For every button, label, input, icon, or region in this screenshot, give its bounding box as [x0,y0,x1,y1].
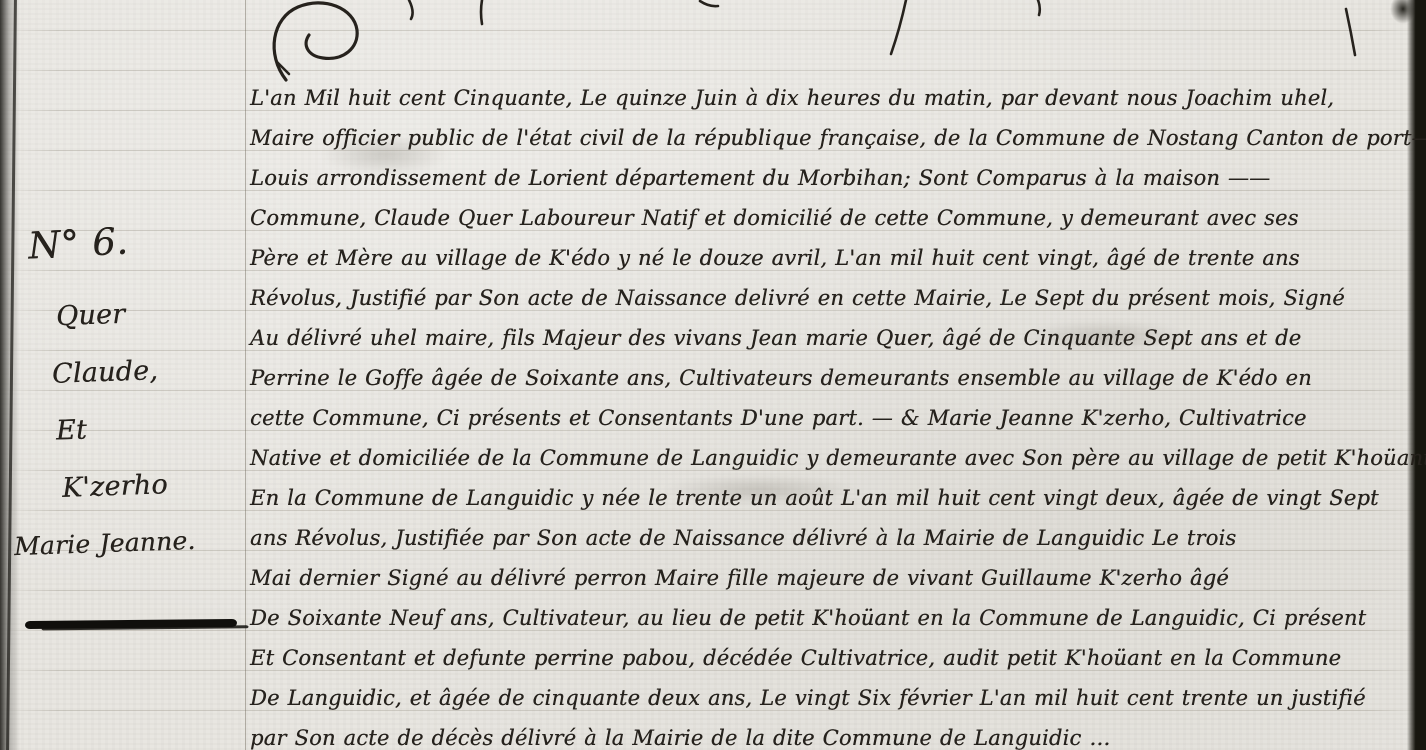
rule-line [0,30,1426,31]
registry-page-scan: N° 6. Quer Claude, Et K'zerho Marie Jean… [0,0,1426,750]
margin-conjunction: Et [55,414,87,446]
text-line: Révolus, Justifié par Son acte de Naissa… [250,278,1345,318]
text-line: De Languidic, et âgée de cinquante deux … [250,678,1366,718]
text-line: Maire officier public de l'état civil de… [250,118,1426,158]
text-line: Mai dernier Signé au délivré perron Mair… [250,558,1229,598]
text-line: L'an Mil huit cent Cinquante, Le quinze … [250,78,1334,118]
text-line: Perrine le Goffe âgée de Soixante ans, C… [250,358,1312,398]
right-page-edge-shadow [1407,0,1426,750]
text-line: Et Consentant et defunte perrine pabou, … [250,638,1341,678]
margin-groom-surname: Quer [55,299,125,332]
text-line: Commune, Claude Quer Laboureur Natif et … [250,198,1299,238]
margin-vertical-rule [245,0,246,750]
text-line: ans Révolus, Justifiée par Son acte de N… [250,518,1236,558]
text-line: Au délivré uhel maire, fils Majeur des v… [250,318,1301,358]
text-line: cette Commune, Ci présents et Consentant… [250,398,1307,438]
text-line: Native et domiciliée de la Commune de La… [250,438,1426,478]
text-line: Père et Mère au village de K'édo y né le… [250,238,1300,278]
record-number: N° 6. [27,219,129,267]
margin-bride-surname: K'zerho [61,469,168,504]
margin-groom-given-name: Claude, [51,355,158,390]
margin-closing-stroke [25,619,237,629]
text-line: Louis arrondissement de Lorient départem… [250,158,1270,198]
rule-line [0,70,1426,71]
text-line: par Son acte de décès délivré à la Mairi… [250,718,1110,750]
margin-bride-given-name: Marie Jeanne. [14,526,196,561]
text-line: De Soixante Neuf ans, Cultivateur, au li… [250,598,1366,638]
text-line: En la Commune de Languidic y née le tren… [250,478,1379,518]
